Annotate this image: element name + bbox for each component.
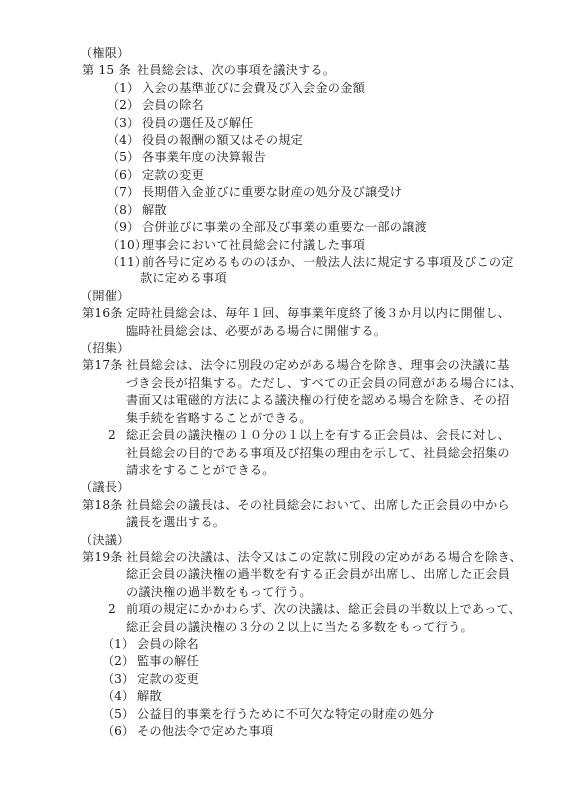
article-17-paragraph-2-line-1: 総正会員の議決権の１０分の１以上を有する正会員は、会長に対し、	[126, 426, 510, 445]
art19-item-4-text: 解散	[137, 687, 162, 706]
article-16-body-1: 定時社員総会は、毎年１回、毎事業年度終了後３か月以内に開催し、	[126, 304, 510, 323]
article-16-body-2: 臨時社員総会は、必要がある場合に開催する。	[126, 322, 386, 341]
article-19-number: 第19条	[82, 548, 123, 567]
caption-resolution: （決議）	[80, 531, 130, 550]
art15-item-9-text: 合併並びに事業の全部及び事業の重要な一部の譲渡	[142, 218, 427, 237]
art15-item-10-number: （10）	[107, 236, 147, 255]
art15-item-1-text: 入会の基準並びに会費及び入会金の金額	[142, 79, 365, 98]
art15-item-5-text: 各事業年度の決算報告	[142, 148, 266, 167]
article-18-body-1: 社員総会の議長は、その社員総会において、出席した正会員の中から	[126, 496, 510, 515]
art19-item-4-number: （4）	[102, 687, 134, 706]
article-19-paragraph-2-number: 2	[108, 600, 116, 619]
art19-item-1-number: （1）	[102, 635, 134, 654]
art15-item-7-number: （7）	[107, 183, 139, 202]
article-19-paragraph-2-line-1: 前項の規定にかかわらず、次の決議は、総正会員の半数以上であって、	[126, 600, 521, 619]
art15-item-6-number: （6）	[107, 166, 139, 185]
art19-item-6-number: （6）	[102, 722, 134, 741]
article-17-number: 第17条	[82, 356, 123, 375]
art19-item-3-text: 定款の変更	[137, 670, 199, 689]
art15-item-3-text: 役員の選任及び解任	[142, 114, 254, 133]
art19-item-5-text: 公益目的事業を行うために不可欠な特定の財産の処分	[137, 705, 434, 724]
art15-item-11-text-cont: 款に定める事項	[140, 269, 227, 288]
art15-item-4-number: （4）	[107, 131, 139, 150]
art15-item-10-text: 理事会において社員総会に付議した事項	[142, 236, 365, 255]
art19-item-5-number: （5）	[102, 705, 134, 724]
article-17-body-3: 書面又は電磁的方法による議決権の行使を認める場合を除き、その招	[126, 391, 510, 410]
art15-item-1-number: （1）	[107, 79, 139, 98]
caption-convening: （開催）	[80, 287, 130, 306]
art15-item-5-number: （5）	[107, 148, 139, 167]
article-17-paragraph-2-line-3: 請求をすることができる。	[126, 461, 275, 480]
art19-item-2-number: （2）	[102, 652, 134, 671]
article-16-number: 第16条	[82, 304, 123, 323]
caption-chair: （議長）	[80, 478, 130, 497]
art19-item-1-text: 会員の除名	[137, 635, 199, 654]
art15-item-8-text: 解散	[142, 201, 167, 220]
art15-item-7-text: 長期借入金並びに重要な財産の処分及び譲受け	[142, 183, 402, 202]
caption-convocation: （招集）	[80, 339, 130, 358]
article-15-body: 社員総会は、次の事項を議決する。	[137, 61, 335, 80]
article-19-body-3: の議決権の過半数をもって行う。	[126, 583, 312, 602]
art15-item-2-text: 会員の除名	[142, 96, 204, 115]
article-17-paragraph-2-number: 2	[108, 426, 116, 445]
art15-item-3-number: （3）	[107, 114, 139, 133]
article-17-body-4: 集手続を省略することができる。	[126, 409, 312, 428]
article-17-paragraph-2-line-2: 社員総会の目的である事項及び招集の理由を示して、社員総会招集の	[126, 444, 510, 463]
article-19-body-1: 社員総会の決議は、法令又はこの定款に別段の定めがある場合を除き、	[126, 548, 522, 567]
article-17-body-1: 社員総会は、法令に別段の定めがある場合を除き、理事会の決議に基	[126, 356, 510, 375]
art19-item-2-text: 監事の解任	[137, 652, 199, 671]
article-15-number: 第 15 条	[82, 61, 131, 80]
art15-item-8-number: （8）	[107, 201, 139, 220]
art15-item-9-number: （9）	[107, 218, 139, 237]
art19-item-3-number: （3）	[102, 670, 134, 689]
art15-item-4-text: 役員の報酬の額又はその規定	[142, 131, 303, 150]
article-19-body-2: 総正会員の議決権の過半数を有する正会員が出席し、出席した正会員	[126, 565, 510, 584]
article-18-body-2: 議長を選出する。	[126, 513, 225, 532]
art15-item-2-number: （2）	[107, 96, 139, 115]
article-19-paragraph-2-line-2: 総正会員の議決権の３分の２以上に当たる多数をもって行う。	[126, 618, 473, 637]
art15-item-6-text: 定款の変更	[142, 166, 204, 185]
art19-item-6-text: その他法令で定めた事項	[137, 722, 273, 741]
article-17-body-2: づき会長が招集する。ただし、すべての正会員の同意がある場合には、	[126, 374, 522, 393]
article-18-number: 第18条	[82, 496, 123, 515]
